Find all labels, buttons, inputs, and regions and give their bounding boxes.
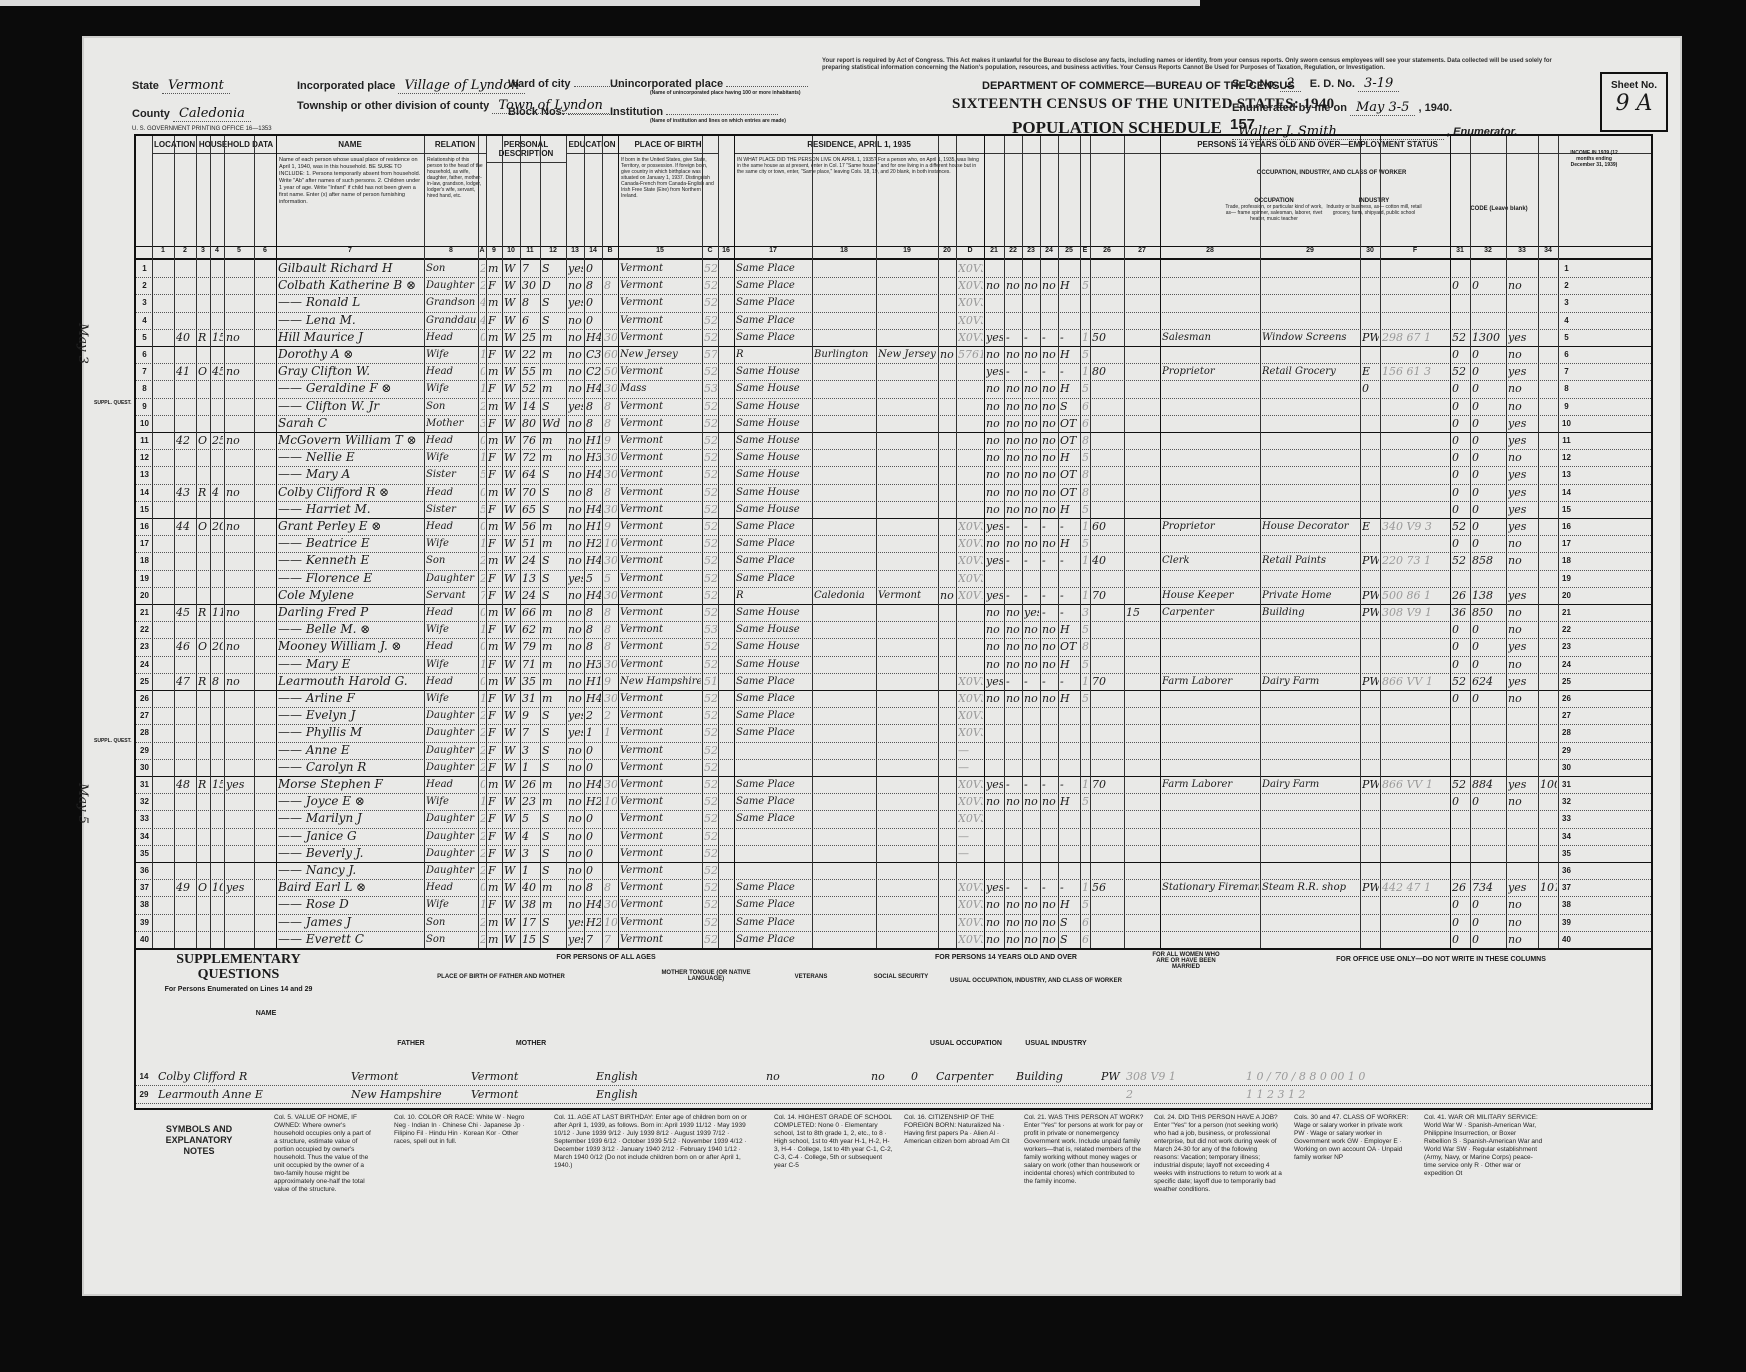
cell-c26: 60 xyxy=(1092,518,1123,535)
cell-value xyxy=(226,466,253,483)
cell-hh xyxy=(198,845,209,862)
cell-c32: 0 xyxy=(1472,638,1505,655)
cell-c33 xyxy=(1508,810,1537,827)
cell-c23 xyxy=(1024,862,1039,879)
cell-res19 xyxy=(878,260,937,277)
cell-name: —— Beatrice E xyxy=(278,535,423,552)
cell-c23: no xyxy=(1024,484,1039,501)
cell-name: Cole Mylene xyxy=(278,587,423,604)
cell-c24: no xyxy=(1042,621,1057,638)
cell-c22: - xyxy=(1006,363,1021,380)
cell-c31: 0 xyxy=(1452,638,1469,655)
cell-sex: m xyxy=(488,604,501,621)
cell-codeE: 5 xyxy=(1082,346,1089,363)
cell-marital: S xyxy=(542,707,565,724)
cell-res20 xyxy=(940,896,955,913)
cell-house xyxy=(176,587,195,604)
cell-codeE xyxy=(1082,294,1089,311)
cell-c33: no xyxy=(1508,896,1537,913)
supplementary-title: SUPPLEMENTARY QUESTIONS For Persons Enum… xyxy=(136,948,341,997)
cell-marital: S xyxy=(542,501,565,518)
cell-c32: 0 xyxy=(1472,484,1505,501)
cell-name: —— Mary E xyxy=(278,656,423,673)
cell-c21: no xyxy=(986,931,1003,948)
grid-line xyxy=(1558,136,1559,948)
cell-res19 xyxy=(878,312,937,329)
cell-codeE xyxy=(1082,828,1089,845)
grid-line xyxy=(1124,136,1125,948)
cell-codeA: 2 xyxy=(480,759,485,776)
cell-marital: S xyxy=(542,862,565,879)
cell-street xyxy=(154,896,173,913)
cell-occ: Stationary Fireman xyxy=(1162,879,1259,896)
cell-codeC: 57 xyxy=(704,346,717,363)
cell-race: W xyxy=(504,415,519,432)
cell-sex: F xyxy=(488,415,501,432)
cell-house xyxy=(176,656,195,673)
cell-line: 13 xyxy=(1560,466,1573,483)
cell-name: —— Harriet M. xyxy=(278,501,423,518)
cell-c25 xyxy=(1060,828,1079,845)
cell-res18 xyxy=(814,828,875,845)
cell-c33: yes xyxy=(1508,329,1537,346)
grid-line xyxy=(540,136,541,948)
cell-occ xyxy=(1162,656,1259,673)
film-border-top xyxy=(0,0,1746,20)
cell-c34 xyxy=(1540,398,1557,415)
grid-line xyxy=(174,136,175,948)
cell-c27 xyxy=(1126,707,1159,724)
cell-line: 36 xyxy=(138,862,151,879)
cell-school: no xyxy=(568,759,583,776)
cell-farm xyxy=(256,759,275,776)
cell-codeF xyxy=(1382,707,1449,724)
cell-line: 34 xyxy=(138,828,151,845)
cell-school: no xyxy=(568,346,583,363)
cell-own xyxy=(212,828,223,845)
cell-name: Gray Clifton W. xyxy=(278,363,423,380)
cell-res19 xyxy=(878,570,937,587)
cell-birth: Vermont xyxy=(620,587,701,604)
cell-codeA: 1 xyxy=(480,535,485,552)
cell-farm xyxy=(256,742,275,759)
cell-line: 13 xyxy=(138,466,151,483)
cell-relation: Daughter xyxy=(426,742,477,759)
header-employment-status: PERSONS 14 YEARS OLD AND OVER—EMPLOYMENT… xyxy=(984,136,1651,246)
cell-c25 xyxy=(1060,759,1079,776)
cell-codeB xyxy=(604,759,617,776)
cell-farm xyxy=(256,604,275,621)
cell-value xyxy=(226,260,253,277)
cell-grade: 0 xyxy=(586,260,601,277)
cell-own: 15 xyxy=(212,329,223,346)
cell-age: 13 xyxy=(522,570,539,587)
cell-c30 xyxy=(1362,535,1379,552)
cell-codeC: 52 xyxy=(704,638,717,655)
cell-farm xyxy=(256,845,275,862)
cell-hh xyxy=(198,380,209,397)
cell-value xyxy=(226,845,253,862)
cell-codeD xyxy=(958,621,983,638)
cell-line: 1 xyxy=(138,260,151,277)
cell-c22: no xyxy=(1006,621,1021,638)
cell-c31: 0 xyxy=(1452,896,1469,913)
cell-value: no xyxy=(226,638,253,655)
cell-c23: no xyxy=(1024,380,1039,397)
cell-grade: 8 xyxy=(586,277,601,294)
cell-codeA: 5 xyxy=(480,501,485,518)
cell-house xyxy=(176,466,195,483)
cell-res17: Same Place xyxy=(736,673,811,690)
supp-cell-father: Vermont xyxy=(351,1068,471,1085)
enumerated-date-field: Enumerated by me on May 3-5 , 1940. xyxy=(1232,100,1452,115)
cell-codeF xyxy=(1382,398,1449,415)
cell-c27 xyxy=(1126,879,1159,896)
cell-res18 xyxy=(814,312,875,329)
cell-c27 xyxy=(1126,570,1159,587)
cell-house xyxy=(176,759,195,776)
cell-res20 xyxy=(940,570,955,587)
cell-c22: no xyxy=(1006,896,1021,913)
cell-c32: 0 xyxy=(1472,931,1505,948)
cell-race: W xyxy=(504,931,519,948)
cell-race: W xyxy=(504,759,519,776)
cell-codeC: 52 xyxy=(704,587,717,604)
cell-codeE xyxy=(1082,570,1089,587)
cell-sex: F xyxy=(488,845,501,862)
cell-codeF xyxy=(1382,466,1449,483)
cell-res17: R xyxy=(736,346,811,363)
cell-age: 24 xyxy=(522,552,539,569)
grid-line xyxy=(276,136,277,948)
cell-c23: - xyxy=(1024,776,1039,793)
cell-res20 xyxy=(940,862,955,879)
cell-relation: Mother xyxy=(426,415,477,432)
cell-codeC: 52 xyxy=(704,810,717,827)
column-number: 12 xyxy=(540,247,566,254)
cell-marital: D xyxy=(542,277,565,294)
supplementary-row: 29Learmouth Anne ENew HampshireVermontEn… xyxy=(136,1086,1651,1104)
cell-c33 xyxy=(1508,862,1537,879)
cell-age: 70 xyxy=(522,484,539,501)
column-number: A xyxy=(478,247,486,254)
cell-value xyxy=(226,346,253,363)
cell-c25: S xyxy=(1060,398,1079,415)
county-value: Caledonia xyxy=(173,106,251,122)
cell-hh xyxy=(198,931,209,948)
cell-age: 51 xyxy=(522,535,539,552)
cell-line: 18 xyxy=(138,552,151,569)
cell-codeF xyxy=(1382,793,1449,810)
cell-codeE: 8 xyxy=(1082,432,1089,449)
column-number: 14 xyxy=(584,247,602,254)
cell-own xyxy=(212,260,223,277)
cell-c31 xyxy=(1452,810,1469,827)
cell-res19 xyxy=(878,707,937,724)
cell-c22: no xyxy=(1006,466,1021,483)
cell-farm xyxy=(256,312,275,329)
cell-name: Hill Maurice J xyxy=(278,329,423,346)
cell-c26 xyxy=(1092,277,1123,294)
cell-res18 xyxy=(814,535,875,552)
cell-c34 xyxy=(1540,793,1557,810)
cell-name: Darling Fred P xyxy=(278,604,423,621)
cell-codeF xyxy=(1382,828,1449,845)
cell-c26 xyxy=(1092,501,1123,518)
cell-sex: m xyxy=(488,260,501,277)
cell-c32: 0 xyxy=(1472,656,1505,673)
cell-c34 xyxy=(1540,570,1557,587)
cell-codeD: — xyxy=(958,828,983,845)
cell-street xyxy=(154,294,173,311)
cell-own xyxy=(212,415,223,432)
cell-race: W xyxy=(504,707,519,724)
cell-res19 xyxy=(878,793,937,810)
cell-occ xyxy=(1162,690,1259,707)
cell-grade: 8 xyxy=(586,638,601,655)
cell-street xyxy=(154,621,173,638)
cell-line: 17 xyxy=(1560,535,1573,552)
cell-c22 xyxy=(1006,260,1021,277)
cell-c21: yes xyxy=(986,776,1003,793)
cell-own xyxy=(212,294,223,311)
cell-own xyxy=(212,449,223,466)
column-number: 28 xyxy=(1160,247,1260,254)
cell-relation: Daughter xyxy=(426,810,477,827)
cell-c26 xyxy=(1092,931,1123,948)
cell-age: 40 xyxy=(522,879,539,896)
cell-codeB: 8 xyxy=(604,398,617,415)
cell-marital: S xyxy=(542,260,565,277)
cell-c22 xyxy=(1006,707,1021,724)
cell-line: 10 xyxy=(1560,415,1573,432)
cell-c31 xyxy=(1452,724,1469,741)
cell-c30: PW xyxy=(1362,673,1379,690)
cell-res17: Same House xyxy=(736,432,811,449)
table-row: 36—— Nancy J.Daughter2FW1Sno0Vermont5236 xyxy=(136,862,1651,880)
cell-ind xyxy=(1262,466,1359,483)
cell-ind xyxy=(1262,260,1359,277)
cell-value: no xyxy=(226,604,253,621)
cell-hh xyxy=(198,415,209,432)
cell-birth: Vermont xyxy=(620,862,701,879)
cell-c22: no xyxy=(1006,535,1021,552)
cell-hh: R xyxy=(198,604,209,621)
cell-c33: no xyxy=(1508,914,1537,931)
cell-c26 xyxy=(1092,484,1123,501)
supplementary-questions: SUPPLEMENTARY QUESTIONS For Persons Enum… xyxy=(134,948,1653,1110)
cell-birth: Vermont xyxy=(620,828,701,845)
cell-res17: Same Place xyxy=(736,896,811,913)
cell-house xyxy=(176,724,195,741)
cell-res20: no xyxy=(940,346,955,363)
cell-c23: no xyxy=(1024,398,1039,415)
cell-relation: Head xyxy=(426,484,477,501)
incorporated-place-value: Village of Lyndon xyxy=(398,78,525,94)
column-number: 19 xyxy=(876,247,938,254)
cell-grade: H4 xyxy=(586,896,601,913)
cell-res18 xyxy=(814,552,875,569)
cell-hh xyxy=(198,552,209,569)
table-row: 4—— Lena M.Granddaughter4FW6Sno0Vermont5… xyxy=(136,312,1651,330)
cell-codeE: 5 xyxy=(1082,449,1089,466)
header-place-of-birth: PLACE OF BIRTHIf born in the United Stat… xyxy=(618,136,719,246)
cell-res20 xyxy=(940,638,955,655)
cell-ind: Steam R.R. shop xyxy=(1262,879,1359,896)
cell-c25: - xyxy=(1060,587,1079,604)
cell-c24: - xyxy=(1042,518,1057,535)
table-row: 8—— Geraldine F ⊗Wife1FW52mnoH430Mass53S… xyxy=(136,380,1651,398)
cell-c25: - xyxy=(1060,776,1079,793)
grid-line xyxy=(224,136,225,948)
cell-c22: no xyxy=(1006,277,1021,294)
cell-c22: no xyxy=(1006,449,1021,466)
cell-c31: 52 xyxy=(1452,776,1469,793)
cell-ind xyxy=(1262,346,1359,363)
cell-birth: Vermont xyxy=(620,449,701,466)
cell-hh xyxy=(198,621,209,638)
cell-c22: no xyxy=(1006,931,1021,948)
cell-c33: yes xyxy=(1508,432,1537,449)
cell-res19 xyxy=(878,776,937,793)
table-row: 2145R11noDarling Fred PHead0mW66mno88Ver… xyxy=(136,604,1651,622)
cell-own xyxy=(212,690,223,707)
cell-c21: yes xyxy=(986,518,1003,535)
supplementary-row: 14Colby Clifford RVermontVermontEnglishn… xyxy=(136,1068,1651,1086)
cell-codeA: 2 xyxy=(480,724,485,741)
cell-codeD: X0V3 xyxy=(958,776,983,793)
cell-codeC: 52 xyxy=(704,759,717,776)
cell-res17: Same Place xyxy=(736,793,811,810)
cell-relation: Wife xyxy=(426,449,477,466)
cell-codeB: 10 xyxy=(604,535,617,552)
cell-res20 xyxy=(940,518,955,535)
cell-res19 xyxy=(878,415,937,432)
cell-sex: m xyxy=(488,398,501,415)
cell-c30 xyxy=(1362,931,1379,948)
cell-line: 23 xyxy=(1560,638,1573,655)
cell-codeB: 8 xyxy=(604,415,617,432)
cell-c27 xyxy=(1126,552,1159,569)
cell-birth: Vermont xyxy=(620,277,701,294)
cell-house xyxy=(176,552,195,569)
cell-c33 xyxy=(1508,570,1537,587)
cell-codeD xyxy=(958,415,983,432)
cell-own xyxy=(212,656,223,673)
cell-c22: no xyxy=(1006,380,1021,397)
table-row: 1Gilbault Richard HSon2mW7Syes0Vermont52… xyxy=(136,260,1651,278)
cell-marital: S xyxy=(542,466,565,483)
cell-res17 xyxy=(736,862,811,879)
cell-hh: R xyxy=(198,484,209,501)
cell-marital: m xyxy=(542,896,565,913)
cell-street xyxy=(154,828,173,845)
cell-age: 6 xyxy=(522,312,539,329)
cell-race: W xyxy=(504,656,519,673)
cell-codeB xyxy=(604,862,617,879)
cell-house xyxy=(176,346,195,363)
cell-c33: yes xyxy=(1508,466,1537,483)
cell-sex: m xyxy=(488,879,501,896)
cell-school: no xyxy=(568,415,583,432)
cell-school: no xyxy=(568,673,583,690)
cell-birth: Vermont xyxy=(620,690,701,707)
cell-c31: 36 xyxy=(1452,604,1469,621)
cell-c26: 40 xyxy=(1092,552,1123,569)
cell-c27 xyxy=(1126,294,1159,311)
cell-name: Baird Earl L ⊗ xyxy=(278,879,423,896)
cell-codeB: 9 xyxy=(604,518,617,535)
cell-codeB: 8 xyxy=(604,484,617,501)
cell-ind: Retail Grocery xyxy=(1262,363,1359,380)
cell-res20 xyxy=(940,828,955,845)
cell-farm xyxy=(256,656,275,673)
cell-grade: H4 xyxy=(586,466,601,483)
column-number: 16 xyxy=(718,247,734,254)
cell-c26: 50 xyxy=(1092,329,1123,346)
cell-codeE xyxy=(1082,742,1089,759)
cell-c33 xyxy=(1508,828,1537,845)
cell-codeA: 1 xyxy=(480,793,485,810)
cell-line: 24 xyxy=(1560,656,1573,673)
cell-res20 xyxy=(940,466,955,483)
cell-c32: 0 xyxy=(1472,398,1505,415)
cell-marital: m xyxy=(542,638,565,655)
cell-c24: no xyxy=(1042,415,1057,432)
cell-codeC: 52 xyxy=(704,466,717,483)
cell-codeD: X0V3 xyxy=(958,724,983,741)
cell-codeF xyxy=(1382,914,1449,931)
cell-codeB xyxy=(604,845,617,862)
table-row: 24—— Mary EWife1FW71mnoH330Vermont52Same… xyxy=(136,656,1651,674)
cell-grade: 8 xyxy=(586,879,601,896)
cell-street xyxy=(154,501,173,518)
cell-value: yes xyxy=(226,879,253,896)
cell-c32 xyxy=(1472,742,1505,759)
cell-line: 3 xyxy=(1560,294,1573,311)
cell-line: 10 xyxy=(138,415,151,432)
cell-own xyxy=(212,587,223,604)
cell-c24 xyxy=(1042,312,1057,329)
cell-birth: Vermont xyxy=(620,759,701,776)
cell-line: 23 xyxy=(138,638,151,655)
cell-c30 xyxy=(1362,466,1379,483)
cell-c30 xyxy=(1362,690,1379,707)
cell-codeC: 52 xyxy=(704,570,717,587)
cell-relation: Son xyxy=(426,914,477,931)
cell-school: no xyxy=(568,466,583,483)
cell-line: 14 xyxy=(138,484,151,501)
cell-c32: 0 xyxy=(1472,518,1505,535)
grid-line xyxy=(566,136,567,948)
grid-line xyxy=(254,136,255,948)
cell-value xyxy=(226,380,253,397)
cell-sex: F xyxy=(488,501,501,518)
cell-hh xyxy=(198,398,209,415)
cell-c31: 0 xyxy=(1452,398,1469,415)
cell-c22 xyxy=(1006,810,1021,827)
cell-occ xyxy=(1162,810,1259,827)
cell-c24: no xyxy=(1042,535,1057,552)
population-table: LOCATION HOUSEHOLD DATA NAMEName of each… xyxy=(134,134,1653,950)
cell-c30 xyxy=(1362,793,1379,810)
cell-name: —— Lena M. xyxy=(278,312,423,329)
cell-race: W xyxy=(504,277,519,294)
county-field: County Caledonia xyxy=(132,106,251,121)
cell-c21: yes xyxy=(986,552,1003,569)
cell-birth: Vermont xyxy=(620,329,701,346)
cell-age: 23 xyxy=(522,793,539,810)
